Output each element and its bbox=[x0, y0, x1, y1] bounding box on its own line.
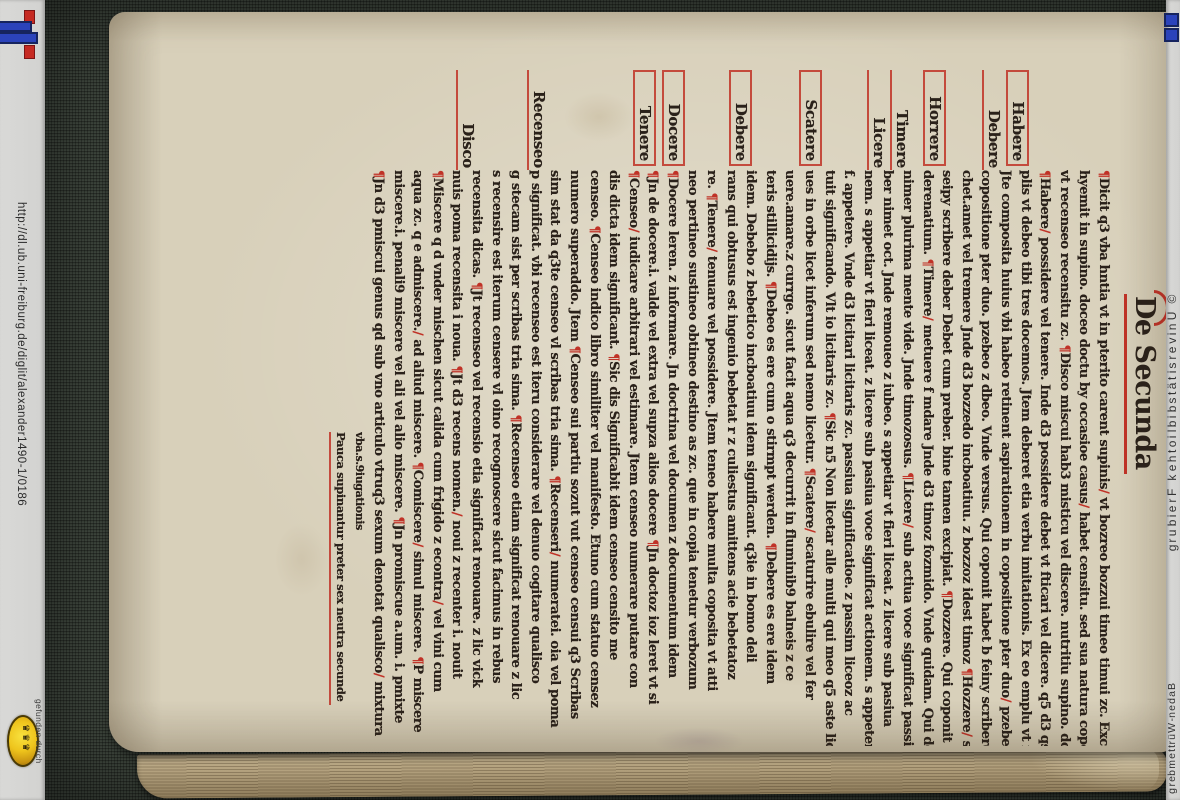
text-line: ¶Miscere q d vnder mischen sicut calida … bbox=[427, 170, 447, 746]
colophon-line: Pauca supinantur preter sex neutra secun… bbox=[329, 432, 350, 705]
body-lines: ¶Dicit q3 vba hntia vt in pterito carent… bbox=[368, 170, 1113, 746]
text-line: g stecam sist per scribas tria sima. ¶Re… bbox=[506, 170, 526, 746]
text-line: p significat. vbi recenseo est iteru con… bbox=[525, 170, 545, 746]
text-line: tuit significando. Vlt io licitaris zc. … bbox=[819, 170, 839, 746]
margin-word: Timere bbox=[890, 70, 911, 170]
margin-word: Disco bbox=[456, 70, 477, 170]
text-line: sim stat da q3te censeo vl scribas tria … bbox=[545, 170, 565, 746]
book-photograph: De Secunda Habere Debere Horrere Timere … bbox=[45, 0, 1166, 800]
page-content-rotated: De Secunda Habere Debere Horrere Timere … bbox=[109, 12, 1172, 752]
margin-word: Debere bbox=[982, 70, 1003, 170]
margin-word: Recenseo bbox=[527, 70, 548, 170]
registration-blue-bar-icon bbox=[0, 32, 38, 44]
book-fore-edge bbox=[137, 747, 1167, 798]
margin-word: Docere bbox=[662, 70, 685, 166]
text-line: ¶Censeo/ iudicare arbitrari vel estimare… bbox=[623, 170, 643, 746]
text-line: ¶Jn d3 pmiscui genus qd sub vno articulo… bbox=[368, 170, 388, 746]
text-line: recensita dicas. ¶Jt recenseo vel recens… bbox=[466, 170, 486, 746]
margin-word: Tenere bbox=[633, 70, 656, 166]
registration-blue-square-icon bbox=[1164, 13, 1179, 27]
source-url: http://dl.ub.uni-freiburg.de/diglit/alex… bbox=[15, 202, 27, 506]
text-line: nem. s appetiar vt fieri liceat. z licer… bbox=[858, 170, 878, 746]
margin-word: Horrere bbox=[923, 70, 946, 166]
text-line: vt recenseo recensitu zc. ¶Disco miscui … bbox=[1054, 170, 1074, 746]
text-line: dis dicta idem significant. ¶Sic dis Sig… bbox=[604, 170, 624, 746]
region-label: Baden-Württemberg bbox=[1166, 682, 1178, 794]
text-line: copositione pter duo. pzebeo z dbeo. Vnd… bbox=[976, 170, 996, 746]
margin-word: Licere bbox=[867, 70, 888, 170]
text-line: f. appetere. Vnde d3 licitari licitaris … bbox=[839, 170, 859, 746]
logo-caption: gefunden durch bbox=[34, 699, 44, 764]
text-line: teris stillicidijs. ¶Debeo es ere cum o … bbox=[760, 170, 780, 746]
text-line: plis vt debeo tibi tres docemos. Jtem de… bbox=[1015, 170, 1035, 746]
text-line: nuis poma recensita i noua. ¶Jt d3 recen… bbox=[447, 170, 467, 746]
text-line: nimer plurima mente vide. Jnde timozosus… bbox=[897, 170, 917, 746]
book-page: De Secunda Habere Debere Horrere Timere … bbox=[109, 12, 1172, 752]
text-line: miscere.i. penali9 miscere vel ali vel a… bbox=[388, 170, 408, 746]
text-line: Jte composita huius vbi habeo retinent a… bbox=[995, 170, 1015, 746]
registration-red-square-icon bbox=[24, 45, 35, 59]
text-line: rans qui obtusus est ingenio bebetat r z… bbox=[721, 170, 741, 746]
three-crowns-icon: ♛♛♛ bbox=[20, 724, 30, 753]
text-line: uere.amare.z currge. sicut facit aqua q3… bbox=[780, 170, 800, 746]
text-line: ues in orbe licet inferum sed nemo licet… bbox=[800, 170, 820, 746]
text-line: neo pertineo sustineo obtineo destino as… bbox=[682, 170, 702, 746]
margin-word: Debere bbox=[729, 70, 752, 166]
text-line: numero superaddo. Jtem ¶Censeo sui parti… bbox=[564, 170, 584, 746]
copyright-notice: © Universitätsbibliothek Freiburg bbox=[1165, 292, 1179, 552]
text-line: censeo. ¶Censeo indico libro similiter v… bbox=[584, 170, 604, 746]
margin-word: Habere bbox=[1006, 70, 1029, 166]
chapter-heading: De Secunda bbox=[1124, 294, 1160, 474]
text-line: chet.amet vel tremere Jnde d3 bozzedo in… bbox=[956, 170, 976, 746]
text-line: ¶Jn de docere.i. valde vel extra vel sup… bbox=[643, 170, 663, 746]
text-line: seipy scribere deber Debet cum preber. b… bbox=[937, 170, 957, 746]
text-line: idem. Debebo z bebetico incboatiuu idem … bbox=[741, 170, 761, 746]
digitized-book-scan: De Secunda Habere Debere Horrere Timere … bbox=[0, 0, 1180, 800]
text-line: ¶Docere leren. z informare. Jn doctrina … bbox=[662, 170, 682, 746]
text-line: aqua zc. q e admiscere./ ad aliud miscer… bbox=[408, 170, 428, 746]
text-line: ber nimet oct. Jnde remoueo z iubeo. s a… bbox=[878, 170, 898, 746]
registration-blue-bar-icon bbox=[0, 21, 32, 32]
margin-word: Scatere bbox=[799, 70, 822, 166]
text-line-coniugationis: vba.s.9iugationis bbox=[350, 432, 368, 746]
text-line: derenatium. ¶Timere/ metuere f mdare Jnd… bbox=[917, 170, 937, 746]
text-line: ¶Dicit q3 vba hntia vt in pterito carent… bbox=[1093, 170, 1113, 746]
text-line: re. ¶Tenere/ tenuare vel possidere. Jtem… bbox=[702, 170, 722, 746]
text-line: ¶Habere/ possidere vel tenere. Inde d3 p… bbox=[1035, 170, 1055, 746]
text-line: s recensire est iterum censere vl oino r… bbox=[486, 170, 506, 746]
text-line: hyemit in supino. doceo doctu by occasio… bbox=[1074, 170, 1094, 746]
registration-blue-square-icon bbox=[1164, 28, 1179, 42]
text-block: ¶Dicit q3 vba hntia vt in pterito carent… bbox=[325, 170, 1113, 746]
